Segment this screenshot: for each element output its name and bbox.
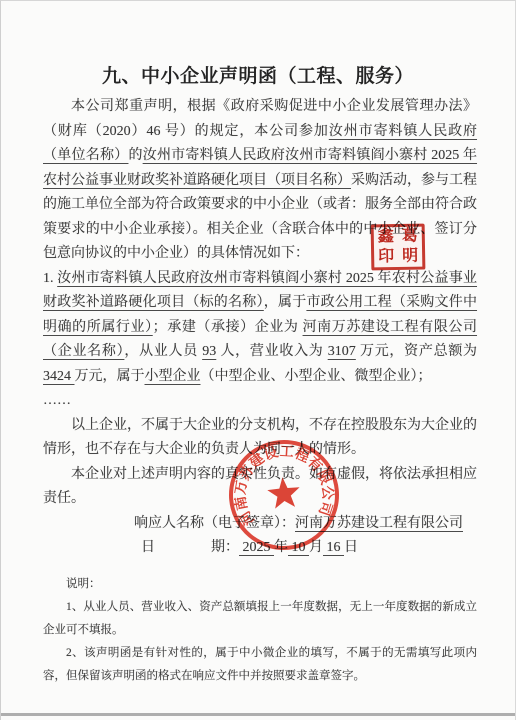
static-text: ；承建（承接）企业为: [153, 320, 303, 335]
static-text: ，属于: [264, 295, 307, 310]
static-text: [155, 540, 211, 555]
filled-in-value: 3424: [43, 369, 75, 384]
static-text: ，从业人员: [124, 344, 202, 359]
filled-in-value: 小型企业: [145, 369, 201, 384]
seal-char-bottom-right: 明: [398, 247, 422, 267]
enterprise-item: 1. 汝州市寄料镇人民政府汝州市寄料镇阎小寨村 2025 年农村公益事业财政奖补…: [43, 267, 477, 390]
seal-char-top-left: 鑫: [374, 227, 398, 247]
seal-char-bottom-left: 印: [374, 247, 398, 267]
ellipsis-line: ……: [43, 389, 477, 414]
static-text: （中型企业、小型企业、微型企业）；: [201, 369, 432, 384]
static-text: 万元，资产总额为: [356, 344, 477, 359]
static-text: 人，营业收入为: [216, 344, 328, 359]
notes-title: 说明：: [43, 573, 477, 596]
notes-section: 说明： 1、从业人员、营业收入、资产总额填报上一年度数据，无上一年度数据的新成立…: [43, 573, 477, 688]
document-title: 九、中小企业声明函（工程、服务）: [1, 61, 515, 88]
document-body: 本公司郑重声明，根据《政府采购促进中小企业发展管理办法》（财库（2020）46 …: [43, 95, 477, 688]
static-text: 1.: [43, 271, 57, 286]
static-text: 日: [141, 540, 155, 555]
company-round-seal: 河南万苏建设工程有限公司: [221, 432, 347, 558]
note-item-1: 1、从业人员、营业收入、资产总额填报上一年度数据，无上一年度数据的新成立企业可不…: [43, 596, 477, 642]
star-icon: [266, 476, 301, 510]
document-page: 九、中小企业声明函（工程、服务） 本公司郑重声明，根据《政府采购促进中小企业发展…: [0, 0, 516, 720]
static-text: 的: [128, 148, 142, 163]
page-edge-shadow: [1, 713, 515, 716]
filled-in-value: 93: [202, 344, 216, 359]
personal-name-seal: 鑫 葛 印 明: [371, 224, 426, 271]
seal-char-top-right: 葛: [398, 227, 422, 247]
note-item-2: 2、该声明函是有针对性的，属于中小微企业的填写，不属于的无需填写此项内容，但保留…: [43, 642, 477, 688]
static-text: 万元，属于: [75, 369, 145, 384]
filled-in-value: 3107: [328, 344, 356, 359]
